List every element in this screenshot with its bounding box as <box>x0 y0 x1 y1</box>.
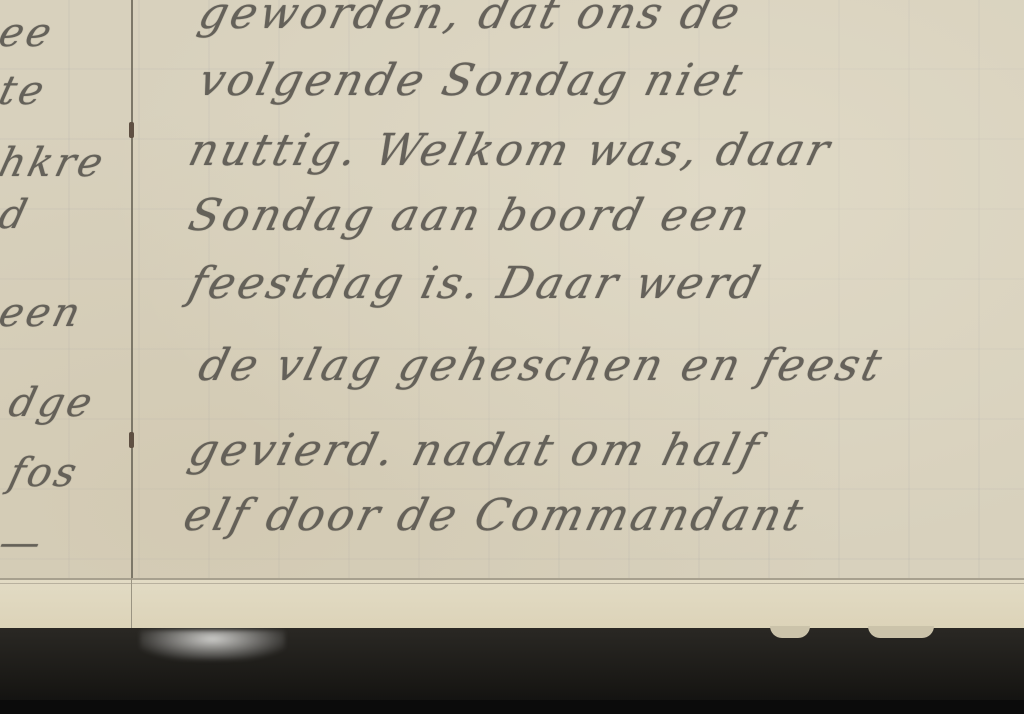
handwritten-line-7: gevierd. nadat om half <box>184 425 767 476</box>
margin-fragment: dge <box>4 380 99 426</box>
handwritten-line-1: geworden, dat ons de <box>194 0 748 39</box>
handwritten-line-6: de vlag geheschen en feest <box>194 340 890 391</box>
handwritten-line-3: nuttig. Welkom was, daar <box>184 125 838 176</box>
page-bottom-edge <box>0 578 1024 630</box>
margin-fragment: een <box>0 290 88 336</box>
margin-fragment: fos <box>4 450 84 496</box>
margin-fragment: hkre <box>0 140 111 186</box>
cover-bottom-edge <box>0 700 1024 714</box>
page-edge-tab <box>770 626 810 638</box>
handwritten-line-5: feestdag is. Daar werd <box>184 258 768 309</box>
lint-fibers <box>140 630 285 660</box>
handwritten-line-4: Sondag aan boord een <box>184 190 758 241</box>
page-bottom-gutter <box>131 578 132 628</box>
page-edge-tab <box>868 626 934 638</box>
binding-mark <box>129 432 134 448</box>
handwritten-line-2: volgende Sondag niet <box>194 55 751 106</box>
binding-mark <box>129 122 134 138</box>
handwritten-line-8: elf door de Commandant <box>179 490 811 541</box>
page-gutter-line <box>131 0 133 628</box>
